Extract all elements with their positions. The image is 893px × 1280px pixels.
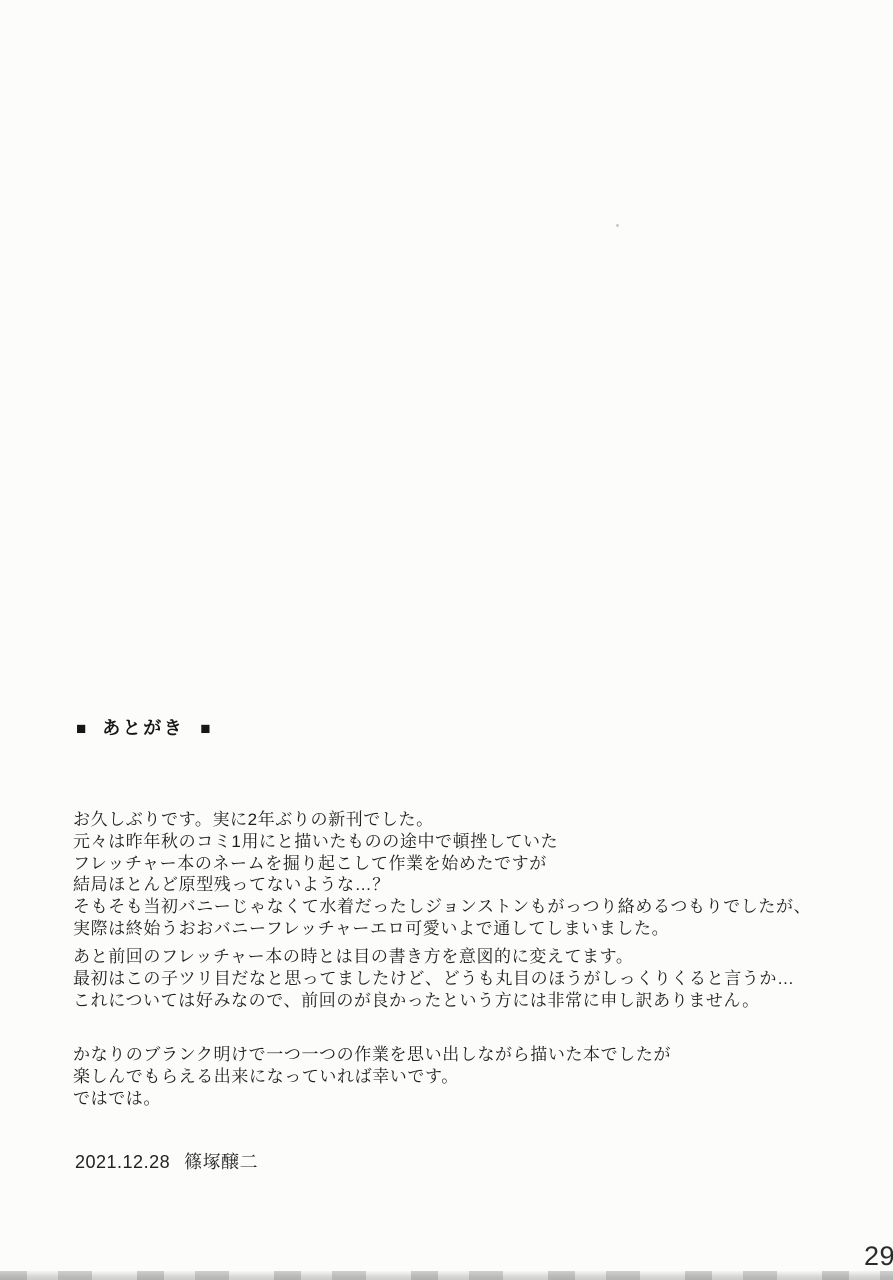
scan-edge-strip [0,1271,893,1280]
text-line: お久しぶりです。実に2年ぶりの新刊でした。 [73,809,883,831]
square-marker-icon: ■ [200,719,210,738]
signature-row: 2021.12.28篠塚醸二 [75,1148,258,1174]
afterword-heading-title: あとがき [102,718,184,738]
text-line: 元々は昨年秋のコミ1用にと描いたものの途中で頓挫していた [73,831,883,853]
afterword-heading: ■あとがき■ [76,714,211,740]
scan-speck [616,224,619,227]
afterword-paragraph-2: あと前回のフレッチャー本の時とは目の書き方を意図的に変えてます。 最初はこの子ツ… [73,946,883,1011]
square-marker-icon: ■ [76,719,86,738]
text-line: かなりのブランク明けで一つ一つの作業を思い出しながら描いた本でしたが [73,1044,883,1066]
text-line: そもそも当初バニーじゃなくて水着だったしジョンストンもがっつり絡めるつもりでした… [73,896,883,918]
afterword-page: ■あとがき■ お久しぶりです。実に2年ぶりの新刊でした。 元々は昨年秋のコミ1用… [0,0,893,1280]
text-line: 最初はこの子ツリ目だなと思ってましたけど、どうも丸目のほうがしっくりくると言うか… [73,968,883,990]
text-line: 楽しんでもらえる出来になっていれば幸いです。 [73,1066,883,1088]
page-number: 29 [864,1241,893,1272]
text-line: あと前回のフレッチャー本の時とは目の書き方を意図的に変えてます。 [73,946,883,968]
text-line: 実際は終始うおおバニーフレッチャーエロ可愛いよで通してしまいました。 [73,918,883,940]
text-line: ではでは。 [73,1088,883,1110]
text-line: これについては好みなので、前回のが良かったという方には非常に申し訳ありません。 [73,990,883,1012]
text-line: 結局ほとんど原型残ってないような…？ [73,874,883,896]
author-name: 篠塚醸二 [184,1152,258,1172]
publication-date: 2021.12.28 [75,1152,170,1172]
text-line: フレッチャー本のネームを掘り起こして作業を始めたですが [73,853,883,875]
afterword-paragraph-3: かなりのブランク明けで一つ一つの作業を思い出しながら描いた本でしたが 楽しんでも… [73,1044,883,1109]
afterword-paragraph-1: お久しぶりです。実に2年ぶりの新刊でした。 元々は昨年秋のコミ1用にと描いたもの… [73,809,883,940]
